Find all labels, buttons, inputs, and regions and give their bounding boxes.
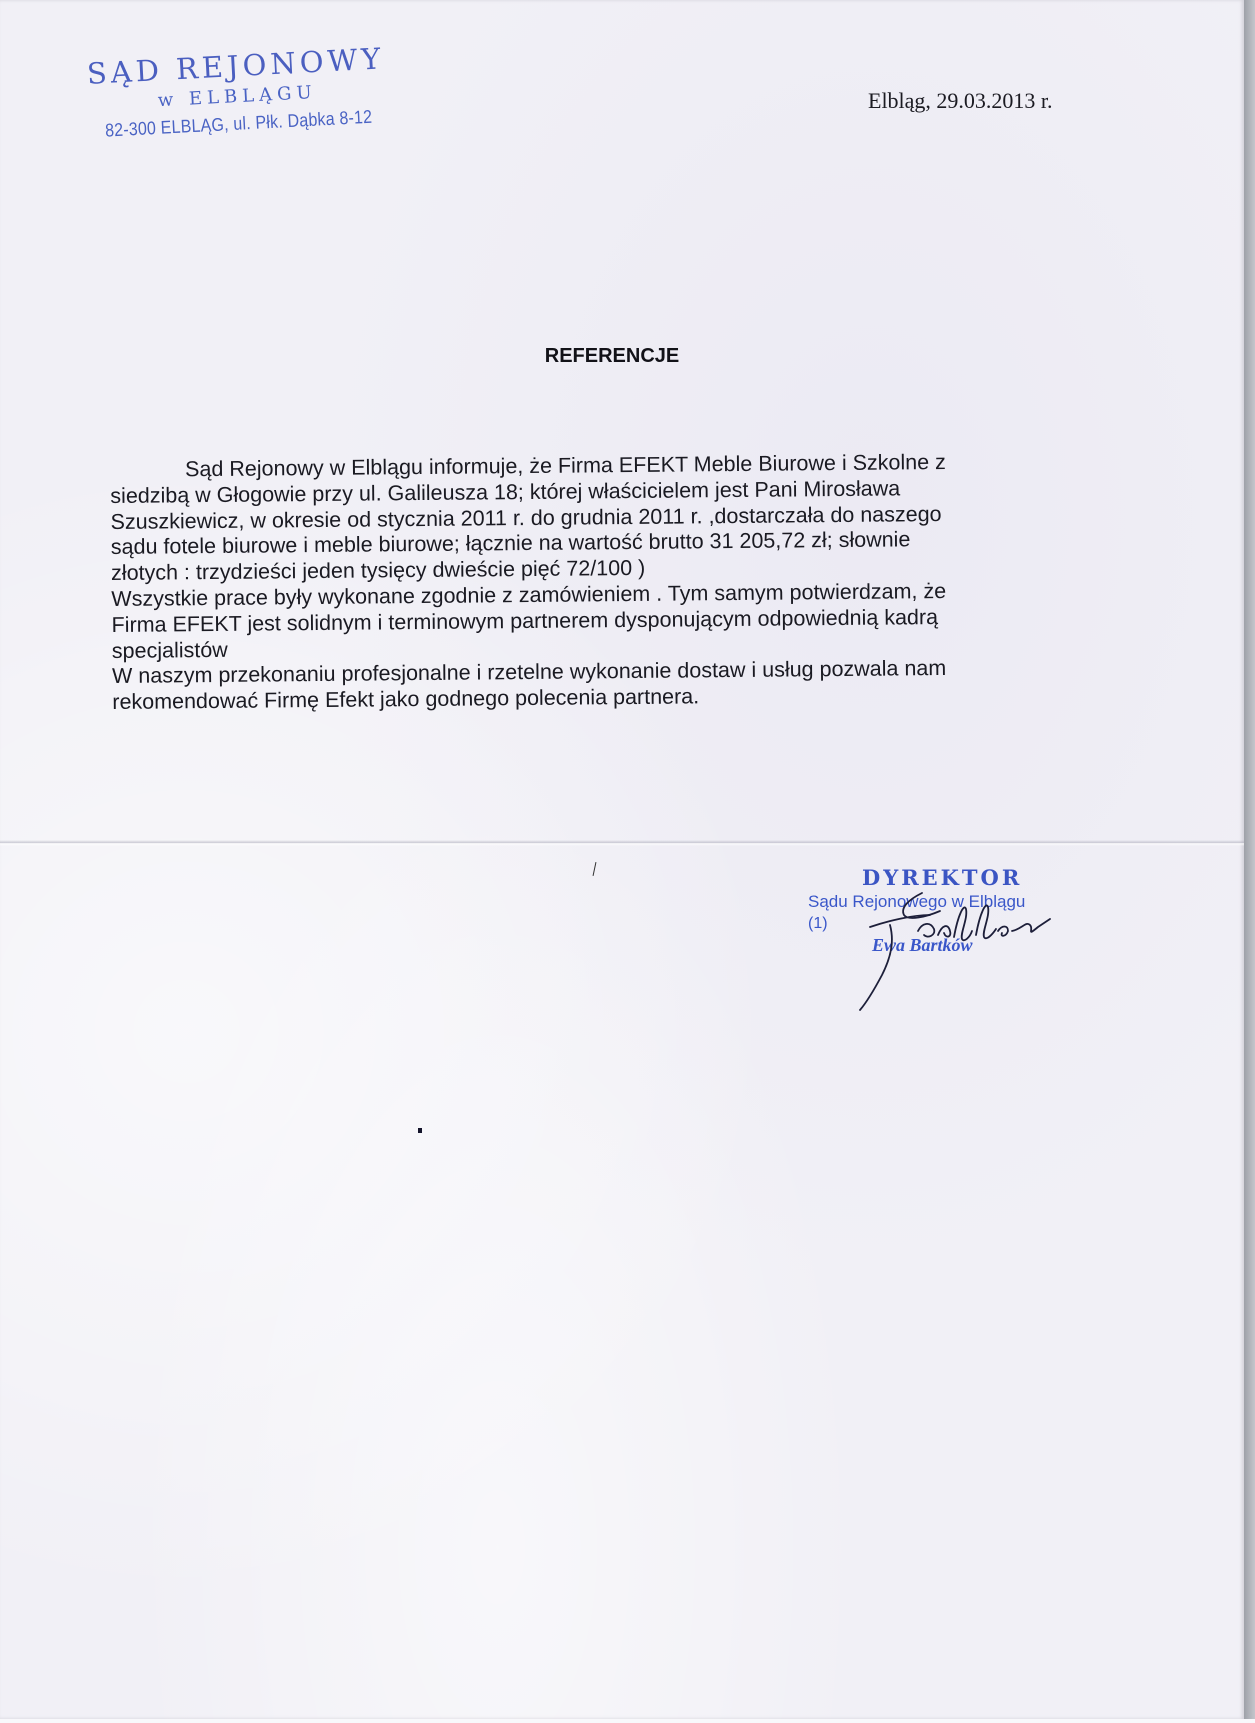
scanned-document-page: SĄD REJONOWY w ELBLĄGU 82-300 ELBLĄG, ul… [0, 0, 1244, 1719]
court-stamp: SĄD REJONOWY w ELBLĄGU 82-300 ELBLĄG, ul… [85, 42, 389, 146]
scanner-bottom-edge [0, 1719, 1255, 1723]
ink-speck [418, 1128, 422, 1133]
document-title-row: REFERENCJE [0, 345, 1244, 368]
document-body: Sąd Rejonowy w Elblągu informuje, że Fir… [110, 449, 1092, 716]
document-date: Elbląg, 29.03.2013 r. [868, 88, 1053, 114]
document-title: REFERENCJE [545, 345, 679, 368]
handwritten-signature-icon [830, 885, 1090, 1015]
scanner-edge [1244, 0, 1255, 1723]
paper-fold-line [0, 840, 1244, 846]
ink-mark [593, 862, 597, 876]
